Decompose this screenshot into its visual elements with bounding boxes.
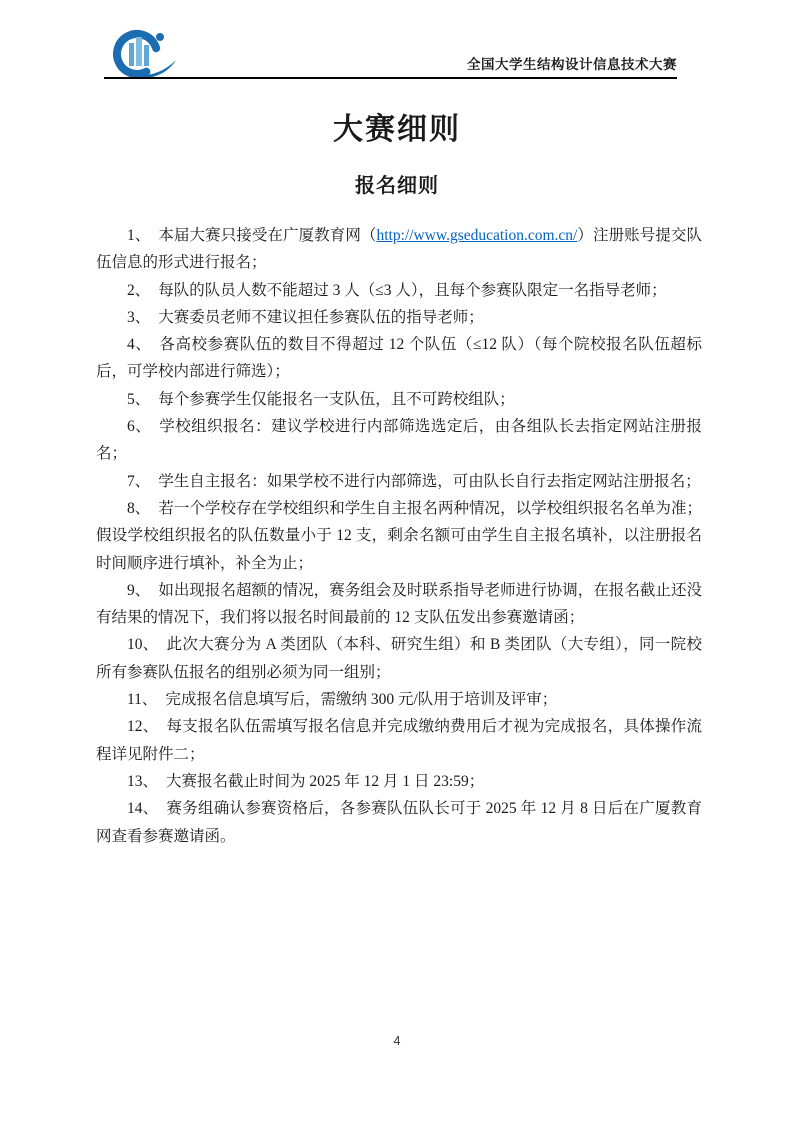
rule-text: 学生自主报名：如果学校不进行内部筛选，可由队长自行去指定网站注册报名； <box>158 473 701 490</box>
rule-item-13: 13、大赛报名截止时间为 2025 年 12 月 1 日 23:59； <box>96 768 702 795</box>
item-number: 7、 <box>127 473 150 490</box>
rule-text: 赛务组确认参赛资格后，各参赛队伍队长可于 2025 年 12 月 8 日后在广厦… <box>96 800 702 844</box>
rule-item-11: 11、完成报名信息填写后，需缴纳 300 元/队用于培训及评审； <box>96 686 702 713</box>
rule-text: 大赛报名截止时间为 2025 年 12 月 1 日 23:59； <box>166 773 484 790</box>
item-number: 9、 <box>127 582 150 599</box>
item-number: 12、 <box>127 718 159 735</box>
section-subtitle: 报名细则 <box>0 169 794 198</box>
document-page: 全国大学生结构设计信息技术大赛 大赛细则 报名细则 1、本届大赛只接受在广厦教育… <box>0 0 794 1123</box>
rule-item-6: 6、学校组织报名：建议学校进行内部筛选选定后，由各组队长去指定网站注册报名； <box>96 413 702 468</box>
rule-text: 本届大赛只接受在广厦教育网（ <box>158 227 376 244</box>
rule-text: 完成报名信息填写后，需缴纳 300 元/队用于培训及评审； <box>165 691 557 708</box>
item-number: 4、 <box>127 336 151 353</box>
item-number: 6、 <box>127 418 151 435</box>
registration-url-link[interactable]: http://www.gseducation.com.cn/ <box>376 227 577 244</box>
rule-item-7: 7、学生自主报名：如果学校不进行内部筛选，可由队长自行去指定网站注册报名； <box>96 468 702 495</box>
rule-text: 各高校参赛队伍的数目不得超过 12 个队伍（≤12 队）（每个院校报名队伍超标后… <box>96 336 702 380</box>
item-number: 11、 <box>127 691 157 708</box>
rule-item-3: 3、大赛委员老师不建议担任参赛队伍的指导老师； <box>96 304 702 331</box>
rule-text: 学校组织报名：建议学校进行内部筛选选定后，由各组队长去指定网站注册报名； <box>96 418 702 462</box>
rule-text: 若一个学校存在学校组织和学生自主报名两种情况，以学校组织报名名单为准；假设学校组… <box>96 500 702 572</box>
item-number: 8、 <box>127 500 150 517</box>
item-number: 13、 <box>127 773 158 790</box>
rule-item-8: 8、若一个学校存在学校组织和学生自主报名两种情况，以学校组织报名名单为准；假设学… <box>96 495 702 577</box>
item-number: 3、 <box>127 309 150 326</box>
rule-item-9: 9、如出现报名超额的情况，赛务组会及时联系指导老师进行协调，在报名截止还没有结果… <box>96 577 702 632</box>
item-number: 10、 <box>127 636 159 653</box>
item-number: 1、 <box>127 227 150 244</box>
header-divider <box>104 77 677 79</box>
rule-text: 每队的队员人数不能超过 3 人（≤3 人），且每个参赛队限定一名指导老师； <box>158 282 666 299</box>
page-number: 4 <box>0 1034 794 1048</box>
rule-text: 每个参赛学生仅能报名一支队伍，且不可跨校组队； <box>158 391 515 408</box>
rules-list: 1、本届大赛只接受在广厦教育网（http://www.gseducation.c… <box>96 222 702 850</box>
rule-text: 此次大赛分为 A 类团队（本科、研究生组）和 B 类团队（大专组），同一院校所有… <box>96 636 702 680</box>
rule-item-2: 2、每队的队员人数不能超过 3 人（≤3 人），且每个参赛队限定一名指导老师； <box>96 277 702 304</box>
item-number: 5、 <box>127 391 150 408</box>
rule-text: 每支报名队伍需填写报名信息并完成缴纳费用后才视为完成报名，具体操作流程详见附件二… <box>96 718 702 762</box>
rule-item-5: 5、每个参赛学生仅能报名一支队伍，且不可跨校组队； <box>96 386 702 413</box>
header-org-title: 全国大学生结构设计信息技术大赛 <box>467 53 677 73</box>
item-number: 2、 <box>127 282 150 299</box>
rule-item-12: 12、每支报名队伍需填写报名信息并完成缴纳费用后才视为完成报名，具体操作流程详见… <box>96 713 702 768</box>
rule-item-1: 1、本届大赛只接受在广厦教育网（http://www.gseducation.c… <box>96 222 702 277</box>
gse-logo-icon <box>110 29 188 79</box>
rule-text: 如出现报名超额的情况，赛务组会及时联系指导老师进行协调，在报名截止还没有结果的情… <box>96 582 702 626</box>
page-title: 大赛细则 <box>0 104 794 148</box>
item-number: 14、 <box>127 800 159 817</box>
rule-text: 大赛委员老师不建议担任参赛队伍的指导老师； <box>158 309 484 326</box>
rule-item-4: 4、各高校参赛队伍的数目不得超过 12 个队伍（≤12 队）（每个院校报名队伍超… <box>96 331 702 386</box>
rule-item-14: 14、赛务组确认参赛资格后，各参赛队伍队长可于 2025 年 12 月 8 日后… <box>96 795 702 850</box>
rule-item-10: 10、此次大赛分为 A 类团队（本科、研究生组）和 B 类团队（大专组），同一院… <box>96 631 702 686</box>
